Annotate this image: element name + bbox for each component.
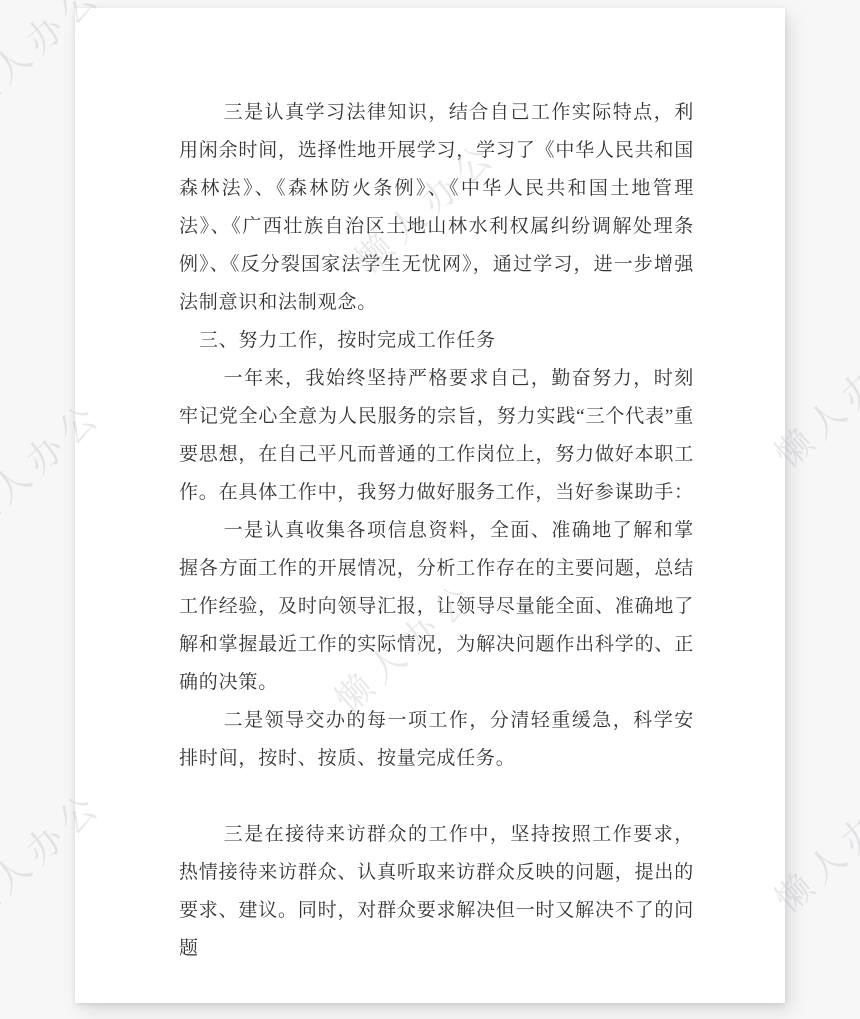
paragraph-year-summary: 一年来，我始终坚持严格要求自己，勤奋努力，时刻牢记党全心全意为人民服务的宗旨，努… [179, 360, 694, 512]
document-body: 三是认真学习法律知识，结合自己工作实际特点，利用闲余时间，选择性地开展学习，学习… [179, 94, 694, 968]
paragraph-legal-study: 三是认真学习法律知识，结合自己工作实际特点，利用闲余时间，选择性地开展学习，学习… [179, 94, 694, 322]
paragraph-point-three: 三是在接待来访群众的工作中，坚持按照工作要求，热情接待来访群众、认真听取来访群众… [179, 816, 694, 968]
paragraph-point-two: 二是领导交办的每一项工作，分清轻重缓急，科学安排时间，按时、按质、按量完成任务。 [179, 702, 694, 778]
document-viewer: 三是认真学习法律知识，结合自己工作实际特点，利用闲余时间，选择性地开展学习，学习… [0, 0, 860, 1019]
section-heading-three: 三、努力工作，按时完成工作任务 [179, 322, 694, 360]
blank-line [179, 778, 694, 816]
document-page: 三是认真学习法律知识，结合自己工作实际特点，利用闲余时间，选择性地开展学习，学习… [75, 8, 785, 1003]
paragraph-point-one: 一是认真收集各项信息资料，全面、准确地了解和掌握各方面工作的开展情况，分析工作存… [179, 512, 694, 702]
